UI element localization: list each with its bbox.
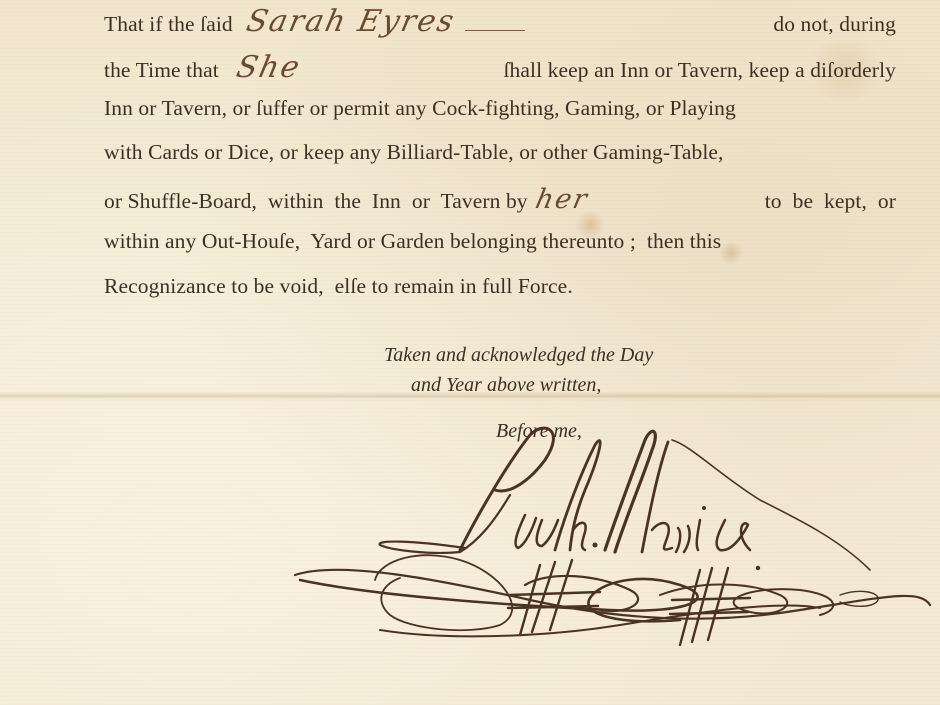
document-page: That if the ſaid Sarah Eyres do not, dur…: [0, 0, 940, 705]
line2-prefix: the Time that: [104, 58, 219, 83]
blank-rule: [465, 30, 525, 31]
signature-flourish-icon: [280, 420, 940, 670]
body-line-2: the Time that She ſhall keep an Inn or T…: [104, 50, 896, 85]
body-line-4: with Cards or Dice, or keep any Billiard…: [104, 140, 896, 165]
body-line-7: Recognizance to be void, elſe to remain …: [104, 274, 896, 299]
line1-suffix: do not, during: [773, 12, 896, 37]
line1-prefix: That if the ſaid: [104, 12, 233, 37]
handwritten-name: Sarah Eyres: [243, 4, 458, 39]
body-line-1: That if the ſaid Sarah Eyres do not, dur…: [104, 4, 896, 39]
body-line-5: or Shuffle-Board, within the Inn or Tave…: [104, 184, 896, 215]
line3-text: Inn or Tavern, or ſuffer or permit any C…: [104, 96, 736, 121]
handwritten-pronoun-she: She: [233, 50, 304, 85]
body-line-6: within any Out-Houſe, Yard or Garden bel…: [104, 229, 896, 254]
acknowledgment-line-1: Taken and acknowledged the Day: [384, 344, 653, 367]
acknowledgment-line-2: and Year above written,: [411, 374, 601, 397]
line5-prefix: or Shuffle-Board, within the Inn or Tave…: [104, 189, 528, 214]
line6-text: within any Out-Houſe, Yard or Garden bel…: [104, 229, 721, 254]
line2-suffix: ſhall keep an Inn or Tavern, keep a diſo…: [503, 58, 896, 83]
handwritten-pronoun-her: her: [532, 184, 591, 215]
line7-text: Recognizance to be void, elſe to remain …: [104, 274, 573, 299]
body-line-3: Inn or Tavern, or ſuffer or permit any C…: [104, 96, 896, 121]
line5-suffix: to be kept, or: [765, 189, 896, 214]
line4-text: with Cards or Dice, or keep any Billiard…: [104, 140, 724, 165]
